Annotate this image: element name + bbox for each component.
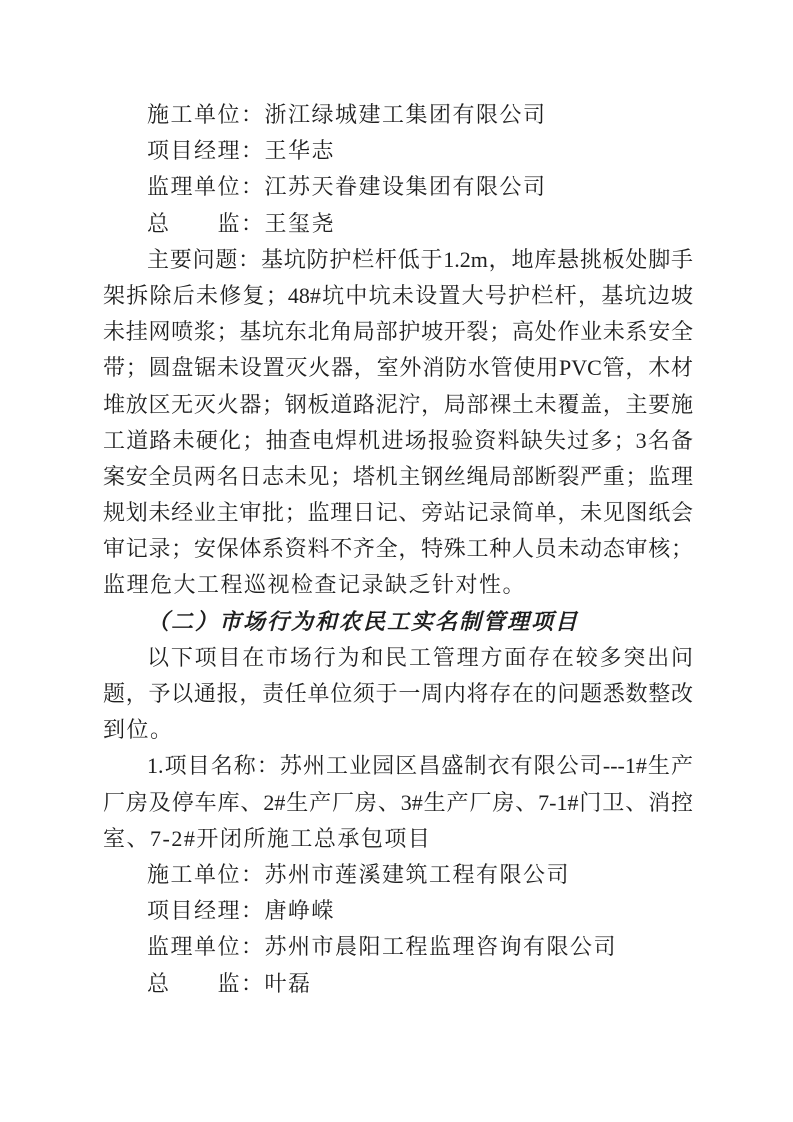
- line-supervision-unit-2: 监理单位：苏州市晨阳工程监理咨询有限公司: [103, 929, 693, 965]
- line-project-manager-2: 项目经理：唐峥嵘: [103, 893, 693, 929]
- line-main-issues-9: 审记录；安保体系资料不齐全，特殊工种人员未动态审核；: [103, 531, 693, 567]
- line-main-issues-1: 主要问题：基坑防护栏杆低于1.2m，地库悬挑板处脚手: [103, 242, 693, 278]
- line-construction-unit-2: 施工单位：苏州市莲溪建筑工程有限公司: [103, 857, 693, 893]
- line-main-issues-2: 架拆除后未修复；48#坑中坑未设置大号护栏杆，基坑边坡: [103, 278, 693, 314]
- line-main-issues-4: 带；圆盘锯未设置灭火器，室外消防水管使用PVC管，木材: [103, 350, 693, 386]
- line-intro-2: 题，予以通报，责任单位须于一周内将存在的问题悉数整改: [103, 676, 693, 712]
- line-main-issues-6: 工道路未硬化；抽查电焊机进场报验资料缺失过多；3名备: [103, 423, 693, 459]
- section-heading-2: （二）市场行为和农民工实名制管理项目: [103, 604, 693, 640]
- line-project-manager-1: 项目经理：王华志: [103, 133, 693, 169]
- line-main-issues-7: 案安全员两名日志未见；塔机主钢丝绳局部断裂严重；监理: [103, 459, 693, 495]
- line-project-name-2: 厂房及停车库、2#生产厂房、3#生产厂房、7-1#门卫、消控: [103, 785, 693, 821]
- document-page: 施工单位：浙江绿城建工集团有限公司 项目经理：王华志 监理单位：江苏天眷建设集团…: [0, 0, 793, 1122]
- line-project-name-1: 1.项目名称：苏州工业园区昌盛制衣有限公司---1#生产: [103, 748, 693, 784]
- line-chief-supervisor-1: 总 监：王玺尧: [103, 206, 693, 242]
- line-intro-1: 以下项目在市场行为和民工管理方面存在较多突出问: [103, 640, 693, 676]
- line-main-issues-8: 规划未经业主审批；监理日记、旁站记录简单，未见图纸会: [103, 495, 693, 531]
- line-intro-3: 到位。: [103, 712, 693, 748]
- line-main-issues-5: 堆放区无灭火器；钢板道路泥泞，局部裸土未覆盖，主要施: [103, 387, 693, 423]
- line-main-issues-10: 监理危大工程巡视检查记录缺乏针对性。: [103, 567, 693, 603]
- line-construction-unit-1: 施工单位：浙江绿城建工集团有限公司: [103, 97, 693, 133]
- line-project-name-3: 室、7-2#开闭所施工总承包项目: [103, 821, 693, 857]
- line-chief-supervisor-2: 总 监：叶磊: [103, 966, 693, 1002]
- text-block: 施工单位：浙江绿城建工集团有限公司 项目经理：王华志 监理单位：江苏天眷建设集团…: [103, 97, 693, 1002]
- line-supervision-unit-1: 监理单位：江苏天眷建设集团有限公司: [103, 169, 693, 205]
- line-main-issues-3: 未挂网喷浆；基坑东北角局部护坡开裂；高处作业未系安全: [103, 314, 693, 350]
